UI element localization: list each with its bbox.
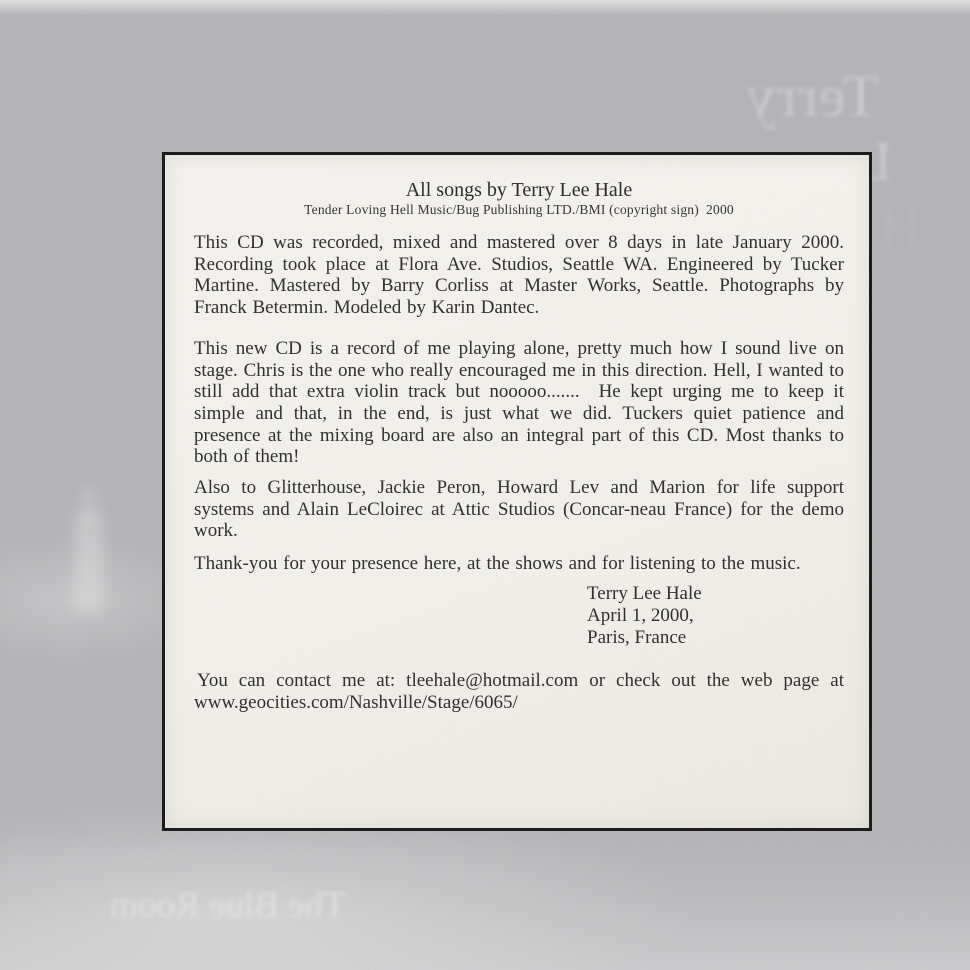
signature-date: April 1, 2000,	[587, 605, 844, 627]
signature-name: Terry Lee Hale	[587, 583, 844, 605]
paragraph-recording-story: This new CD is a record of me playing al…	[194, 338, 844, 468]
ghost-print-through-album-title: The Blue Room	[70, 884, 385, 927]
credits-title: All songs by Terry Lee Hale	[194, 178, 844, 202]
paragraph-contact-info: You can contact me at: tleehale@hotmail.…	[194, 670, 844, 713]
signature-place: Paris, France	[587, 627, 844, 649]
paragraph-thank-you-listeners: Thank-you for your presence here, at the…	[194, 553, 844, 575]
ghost-bottle-silhouette	[74, 512, 104, 612]
signature-block: Terry Lee Hale April 1, 2000, Paris, Fra…	[587, 583, 844, 649]
paragraph-recording-credits: This CD was recorded, mixed and mastered…	[194, 232, 844, 319]
ghost-print-through-artist-first: Terry	[726, 62, 898, 131]
cd-booklet-scan-page: Terry Lee HALE The Blue Room All songs b…	[0, 0, 970, 970]
paragraph-thanks: Also to Glitterhouse, Jackie Peron, Howa…	[194, 477, 844, 542]
publishing-credit-line: Tender Loving Hell Music/Bug Publishing …	[194, 202, 844, 218]
liner-notes-panel: All songs by Terry Lee Hale Tender Lovin…	[162, 152, 872, 831]
